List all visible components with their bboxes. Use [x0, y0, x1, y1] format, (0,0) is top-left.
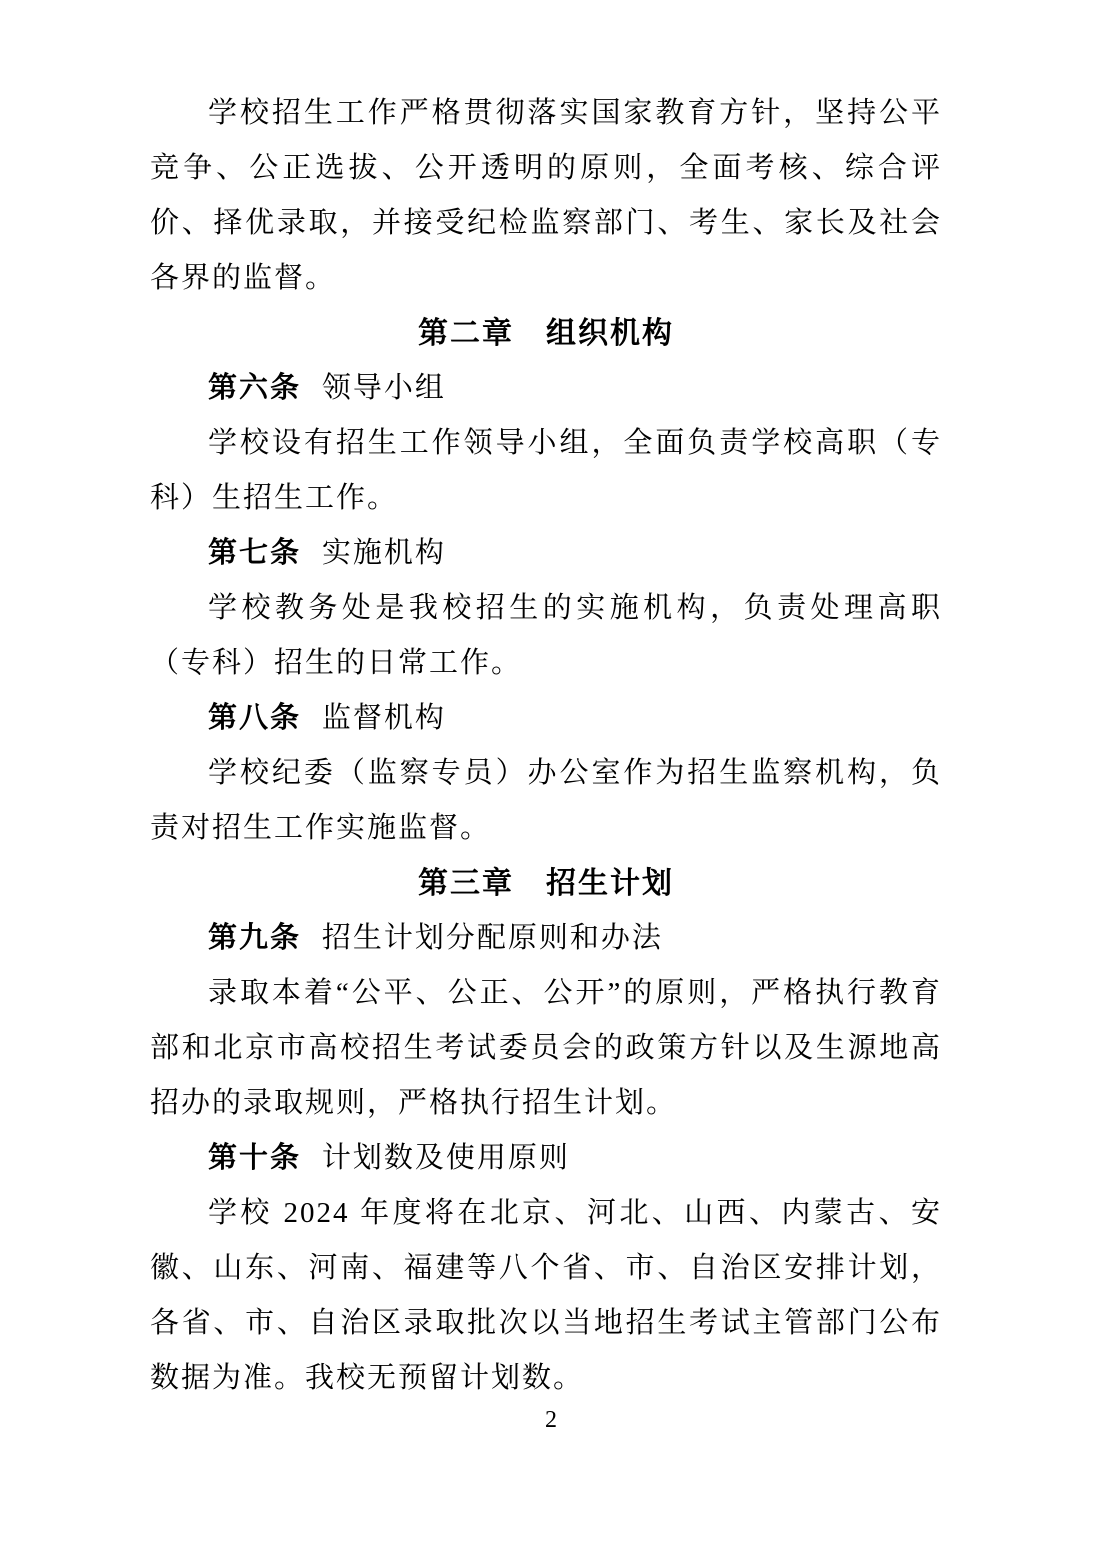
article-title: 领导小组 — [322, 372, 446, 404]
article-heading-10: 第十条 计划数及使用原则 — [150, 1131, 942, 1186]
body-paragraph: 学校设有招生工作领导小组，全面负责学校高职（专科）生招生工作。 — [150, 416, 942, 526]
chapter-heading-3: 第三章 招生计划 — [150, 856, 942, 911]
article-number: 第七条 — [208, 537, 301, 569]
article-heading-7: 第七条 实施机构 — [150, 526, 942, 581]
body-paragraph: 学校 2024 年度将在北京、河北、山西、内蒙古、安徽、山东、河南、福建等八个省… — [150, 1186, 942, 1406]
body-paragraph: 学校教务处是我校招生的实施机构，负责处理高职（专科）招生的日常工作。 — [150, 581, 942, 691]
article-title: 实施机构 — [322, 537, 446, 569]
article-number: 第六条 — [208, 372, 301, 404]
document-page: 学校招生工作严格贯彻落实国家教育方针，坚持公平竞争、公正选拔、公开透明的原则，全… — [0, 0, 1102, 1559]
article-title: 监督机构 — [322, 702, 446, 734]
article-title: 计划数及使用原则 — [322, 1142, 570, 1174]
article-number: 第八条 — [208, 702, 301, 734]
article-number: 第十条 — [208, 1142, 301, 1174]
article-number: 第九条 — [208, 922, 301, 954]
article-title: 招生计划分配原则和办法 — [322, 922, 663, 954]
document-content: 学校招生工作严格贯彻落实国家教育方针，坚持公平竞争、公正选拔、公开透明的原则，全… — [150, 86, 942, 1406]
body-paragraph: 录取本着“公平、公正、公开”的原则，严格执行教育部和北京市高校招生考试委员会的政… — [150, 966, 942, 1131]
body-paragraph: 学校招生工作严格贯彻落实国家教育方针，坚持公平竞争、公正选拔、公开透明的原则，全… — [150, 86, 942, 306]
body-paragraph: 学校纪委（监察专员）办公室作为招生监察机构，负责对招生工作实施监督。 — [150, 746, 942, 856]
article-heading-6: 第六条 领导小组 — [150, 361, 942, 416]
chapter-heading-2: 第二章 组织机构 — [150, 306, 942, 361]
article-heading-9: 第九条 招生计划分配原则和办法 — [150, 911, 942, 966]
article-heading-8: 第八条 监督机构 — [150, 691, 942, 746]
page-number: 2 — [0, 1402, 1102, 1438]
